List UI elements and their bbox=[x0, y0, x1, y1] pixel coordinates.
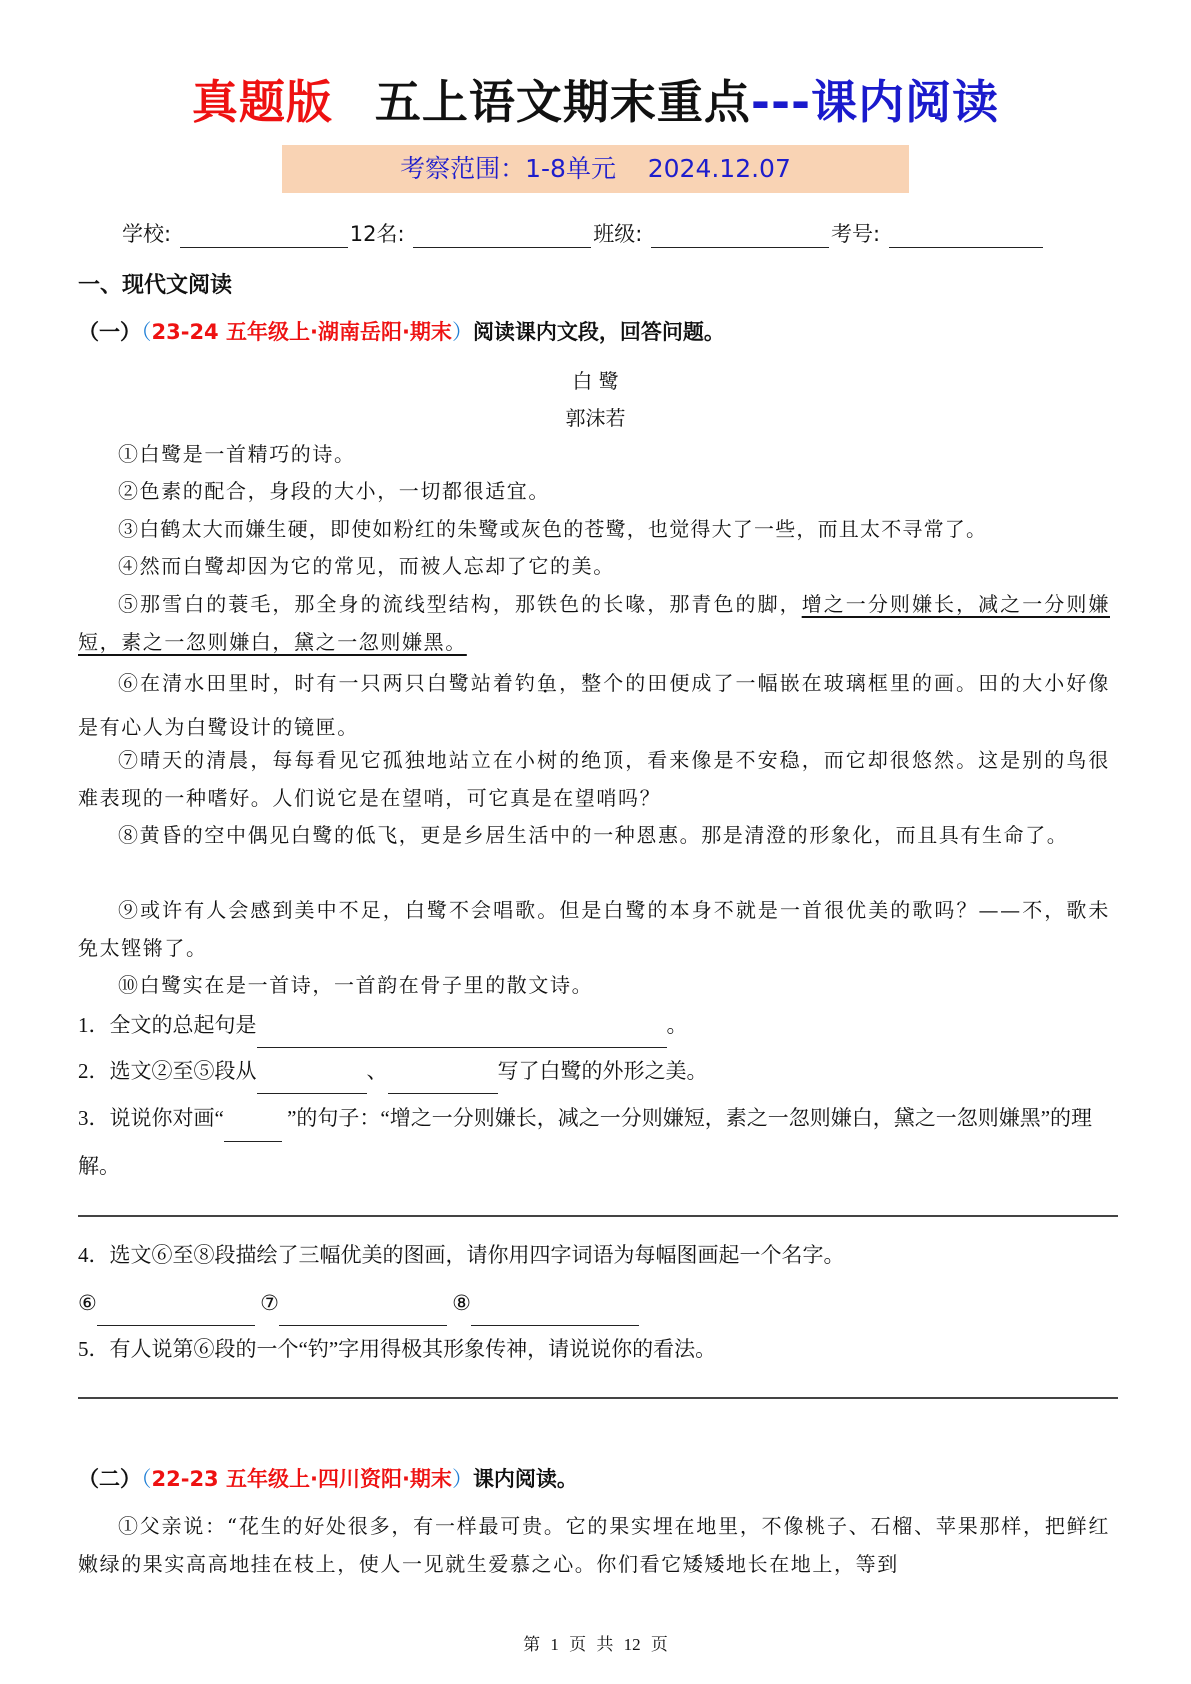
paragraph-1: ①白鹭是一首精巧的诗。 bbox=[78, 436, 1110, 474]
page-footer: 第 1 页 共 12 页 bbox=[0, 1630, 1191, 1655]
part1-heading: （一）（23-24 五年级上·湖南岳阳·期末）阅读课内文段，回答问题。 bbox=[78, 316, 725, 346]
question-3-text: 3．说说你对画“ bbox=[78, 1106, 224, 1130]
question-4-answers: ⑥ ⑦ ⑧ bbox=[78, 1280, 1118, 1326]
question-5: 5．有人说第⑥段的一个“钓”字用得极其形象传神，请说说你的看法。 bbox=[78, 1326, 1118, 1372]
paragraph-6: ⑥在清水田里时，时有一只两只白鹭站着钓鱼，整个的田便成了一幅嵌在玻璃框里的画。田… bbox=[78, 661, 1110, 749]
paragraph-10: ⑩白鹭实在是一首诗，一首韵在骨子里的散文诗。 bbox=[78, 967, 1110, 1005]
paragraph-8: ⑧黄昏的空中偶见白鹭的低飞，更是乡居生活中的一种恩惠。那是清澄的形象化，而且具有… bbox=[78, 817, 1110, 855]
part2-paragraph-1: ①父亲说：“花生的好处很多，有一样最可贵。它的果实埋在地里，不像桃子、石榴、苹果… bbox=[78, 1507, 1110, 1583]
label-7: ⑦ bbox=[260, 1291, 279, 1315]
part2-label: （二） bbox=[78, 1467, 141, 1491]
label-8: ⑧ bbox=[452, 1291, 471, 1315]
school-blank[interactable] bbox=[180, 225, 348, 248]
exam-no-label: 考号: bbox=[831, 222, 880, 246]
title-edition: 真题版 bbox=[192, 75, 333, 129]
answer-blank[interactable] bbox=[224, 1117, 282, 1142]
paren-close: ） bbox=[452, 1467, 473, 1491]
part2-heading: （二）（22-23 五年级上·四川资阳·期末）课内阅读。 bbox=[78, 1463, 578, 1493]
class-blank[interactable] bbox=[651, 225, 829, 248]
question-2: 2．选文②至⑤段从、写了白鹭的外形之美。 bbox=[78, 1048, 1118, 1094]
title-topic: ---课内阅读 bbox=[751, 75, 999, 129]
name-blank[interactable] bbox=[413, 225, 591, 248]
paren-close: ） bbox=[452, 320, 473, 344]
part1-source: 23-24 五年级上·湖南岳阳·期末 bbox=[152, 320, 452, 344]
paragraph-6-text: ⑥在清水田里时，时有一只两只白鹭站着 bbox=[118, 671, 515, 695]
question-1: 1．全文的总起句是。 bbox=[78, 1002, 1118, 1048]
paragraph-9: ⑨或许有人会感到美中不足，白鹭不会唱歌。但是白鹭的本身不就是一首很优美的歌吗？—… bbox=[78, 892, 1110, 967]
paragraph-2: ②色素的配合，身段的大小，一切都很适宜。 bbox=[78, 473, 1110, 511]
page-title: 真题版五上语文期末重点---课内阅读 bbox=[0, 66, 1191, 132]
answer-blank[interactable] bbox=[257, 1069, 367, 1094]
answer-line[interactable] bbox=[78, 1397, 1118, 1399]
part1-label: （一） bbox=[78, 320, 141, 344]
paren-open: （ bbox=[141, 320, 152, 344]
paragraph-3: ③白鹤太大而嫌生硬，即使如粉红的朱鹭或灰色的苍鹭，也觉得大了一些，而且太不寻常了… bbox=[78, 511, 1110, 549]
answer-blank[interactable] bbox=[97, 1301, 255, 1326]
class-label: 班级: bbox=[593, 222, 642, 246]
question-4: 4．选文⑥至⑧段描绘了三幅优美的图画，请你用四字词语为每幅图画起一个名字。 bbox=[78, 1232, 1118, 1278]
answer-blank[interactable] bbox=[471, 1301, 639, 1326]
answer-blank[interactable] bbox=[257, 1023, 667, 1048]
title-main: 五上语文期末重点 bbox=[375, 75, 751, 129]
separator: 、 bbox=[367, 1059, 388, 1083]
emphasized-char: 钓 bbox=[515, 671, 537, 695]
section-heading: 一、现代文阅读 bbox=[78, 268, 232, 299]
question-1-text: 1．全文的总起句是 bbox=[78, 1013, 257, 1037]
paragraph-5: ⑤那雪白的蓑毛，那全身的流线型结构，那铁色的长喙，那青色的脚，增之一分则嫌长，减… bbox=[78, 586, 1110, 661]
question-2-text: 2．选文②至⑤段从 bbox=[78, 1059, 257, 1083]
answer-blank[interactable] bbox=[279, 1301, 447, 1326]
label-6: ⑥ bbox=[78, 1291, 97, 1315]
scope-banner: 考察范围：1-8单元 2024.12.07 bbox=[282, 145, 909, 193]
exam-no-blank[interactable] bbox=[889, 225, 1043, 248]
school-label: 学校: bbox=[122, 222, 171, 246]
part2-source: 22-23 五年级上·四川资阳·期末 bbox=[152, 1467, 452, 1491]
name-label: 12名: bbox=[350, 222, 405, 246]
paragraph-5-text: ⑤那雪白的蓑毛，那全身的流线型结构，那铁色的长喙，那青色的脚， bbox=[118, 592, 802, 616]
paragraph-4: ④然而白鹭却因为它的常见，而被人忘却了它的美。 bbox=[78, 548, 1110, 586]
question-2-end: 写了白鹭的外形之美。 bbox=[498, 1059, 708, 1083]
part2-instruction: 课内阅读。 bbox=[473, 1467, 578, 1491]
student-info-row: 学校: 12名: 班级: 考号: bbox=[122, 218, 1045, 248]
answer-blank[interactable] bbox=[388, 1069, 498, 1094]
question-1-end: 。 bbox=[667, 1013, 688, 1037]
paren-open: （ bbox=[141, 1467, 152, 1491]
part1-instruction: 阅读课内文段，回答问题。 bbox=[473, 320, 725, 344]
article-title: 白 鹭 bbox=[0, 365, 1191, 394]
article-author: 郭沫若 bbox=[0, 402, 1191, 431]
answer-line[interactable] bbox=[78, 1215, 1118, 1217]
question-3: 3．说说你对画“ ”的句子：“增之一分则嫌长，减之一分则嫌短，素之一忽则嫌白，黛… bbox=[78, 1094, 1118, 1190]
paragraph-7: ⑦晴天的清晨，每每看见它孤独地站立在小树的绝顶，看来像是不安稳，而它却很悠然。这… bbox=[78, 742, 1110, 817]
